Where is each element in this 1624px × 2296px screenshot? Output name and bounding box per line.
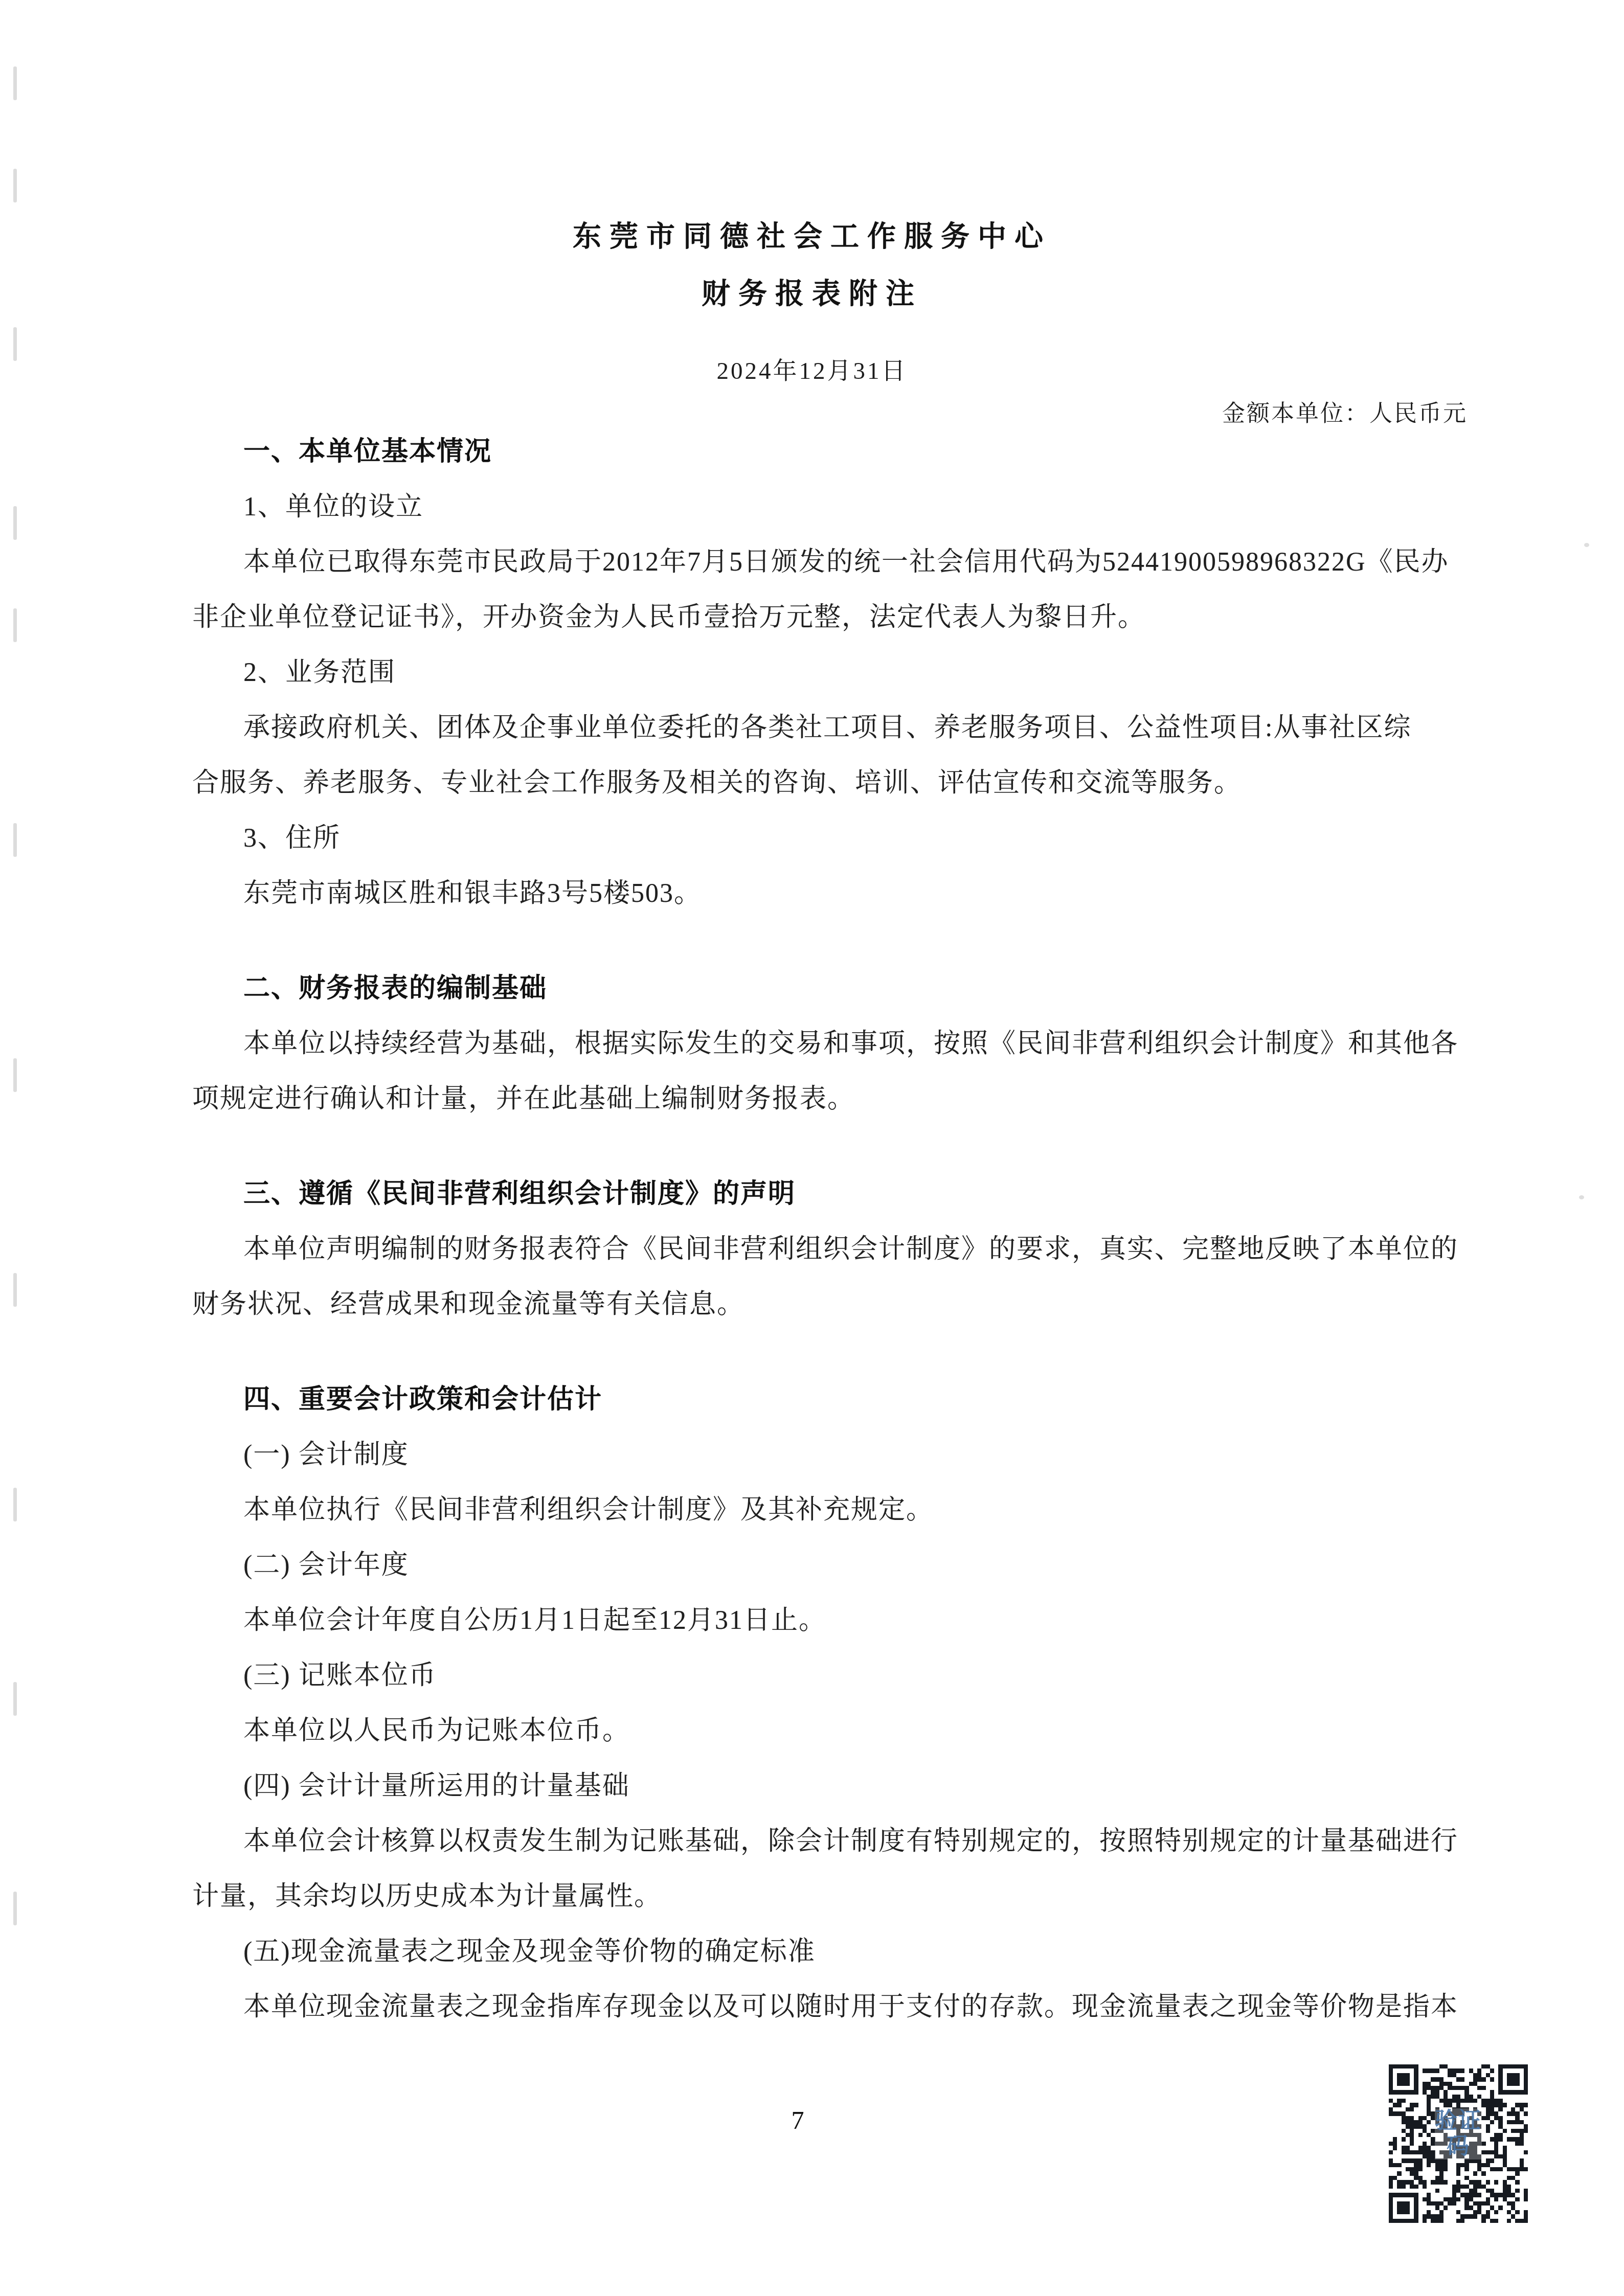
document-line: 本单位现金流量表之现金指库存现金以及可以随时用于支付的存款。现金流量表之现金等价…: [192, 1980, 1432, 2035]
qr-pattern: [1389, 2064, 1528, 2223]
document-line: (五)现金流量表之现金及现金等价物的确定标准: [192, 1924, 1432, 1980]
section-heading: 三、遵循《民间非营利组织会计制度》的声明: [192, 1167, 1432, 1222]
document-section: 一、本单位基本情况1、单位的设立本单位已取得东莞市民政局于2012年7月5日颁发…: [192, 424, 1432, 921]
scan-artifact: [13, 1682, 17, 1716]
document-line: 非企业单位登记证书》，开办资金为人民币壹拾万元整，法定代表人为黎日升。: [192, 590, 1432, 645]
document-line: 本单位声明编制的财务报表符合《民间非营利组织会计制度》的要求，真实、完整地反映了…: [192, 1222, 1432, 1277]
scan-artifact: [13, 1488, 17, 1521]
scan-artifact: [13, 608, 17, 642]
scan-artifact: [13, 169, 17, 202]
document-section: 二、财务报表的编制基础本单位以持续经营为基础，根据实际发生的交易和事项，按照《民…: [192, 961, 1432, 1127]
page-number: 7: [0, 2105, 1595, 2135]
section-heading: 一、本单位基本情况: [192, 424, 1432, 480]
document-line: (二) 会计年度: [192, 1538, 1432, 1593]
document-line: (一) 会计制度: [192, 1427, 1432, 1483]
qr-code: 验证 码: [1389, 2064, 1528, 2223]
document-date: 2024年12月31日: [0, 352, 1624, 386]
section-heading: 四、重要会计政策和会计估计: [192, 1372, 1432, 1427]
document-line: 本单位以人民币为记账本位币。: [192, 1703, 1432, 1759]
document-section: 四、重要会计政策和会计估计(一) 会计制度本单位执行《民间非营利组织会计制度》及…: [192, 1372, 1432, 2035]
document-line: 财务状况、经营成果和现金流量等有关信息。: [192, 1277, 1432, 1332]
document-line: 承接政府机关、团体及企事业单位委托的各类社工项目、养老服务项目、公益性项目:从事…: [192, 700, 1432, 756]
document-line: 1、单位的设立: [192, 480, 1432, 535]
document-line: 项规定进行确认和计量，并在此基础上编制财务报表。: [192, 1072, 1432, 1127]
document-section: 三、遵循《民间非营利组织会计制度》的声明本单位声明编制的财务报表符合《民间非营利…: [192, 1167, 1432, 1332]
document-line: 3、住所: [192, 811, 1432, 866]
document-line: 本单位已取得东莞市民政局于2012年7月5日颁发的统一社会信用代码为524419…: [192, 535, 1432, 590]
document-line: 本单位会计年度自公历1月1日起至12月31日止。: [192, 1593, 1432, 1648]
document-line: (四) 会计计量所运用的计量基础: [192, 1759, 1432, 1814]
scan-artifact: [13, 506, 17, 540]
document-line: 本单位执行《民间非营利组织会计制度》及其补充规定。: [192, 1483, 1432, 1538]
document-line: 本单位会计核算以权责发生制为记账基础，除会计制度有特别规定的，按照特别规定的计量…: [192, 1814, 1432, 1869]
scan-artifact: [1584, 543, 1589, 547]
document-line: 2、业务范围: [192, 645, 1432, 700]
scan-artifact: [13, 1273, 17, 1307]
document-line: 东莞市南城区胜和银丰路3号5楼503。: [192, 866, 1432, 921]
scan-artifact: [13, 1892, 17, 1925]
document-body: 一、本单位基本情况1、单位的设立本单位已取得东莞市民政局于2012年7月5日颁发…: [192, 424, 1432, 2035]
document-line: 计量，其余均以历史成本为计量属性。: [192, 1869, 1432, 1924]
document-subtitle: 财务报表附注: [0, 271, 1624, 312]
scan-artifact: [13, 823, 17, 857]
scan-artifact: [1579, 1195, 1584, 1199]
scan-artifact: [13, 66, 17, 100]
document-line: 合服务、养老服务、专业社会工作服务及相关的咨询、培训、评估宣传和交流等服务。: [192, 756, 1432, 811]
document-page: 东莞市同德社会工作服务中心 财务报表附注 2024年12月31日 金额本单位：人…: [0, 0, 1624, 2296]
scan-artifact: [13, 1058, 17, 1092]
currency-unit-note: 金额本单位：人民币元: [1222, 395, 1468, 428]
document-line: 本单位以持续经营为基础，根据实际发生的交易和事项，按照《民间非营利组织会计制度》…: [192, 1016, 1432, 1072]
document-line: (三) 记账本位币: [192, 1648, 1432, 1703]
document-title: 东莞市同德社会工作服务中心: [0, 214, 1624, 255]
section-heading: 二、财务报表的编制基础: [192, 961, 1432, 1016]
